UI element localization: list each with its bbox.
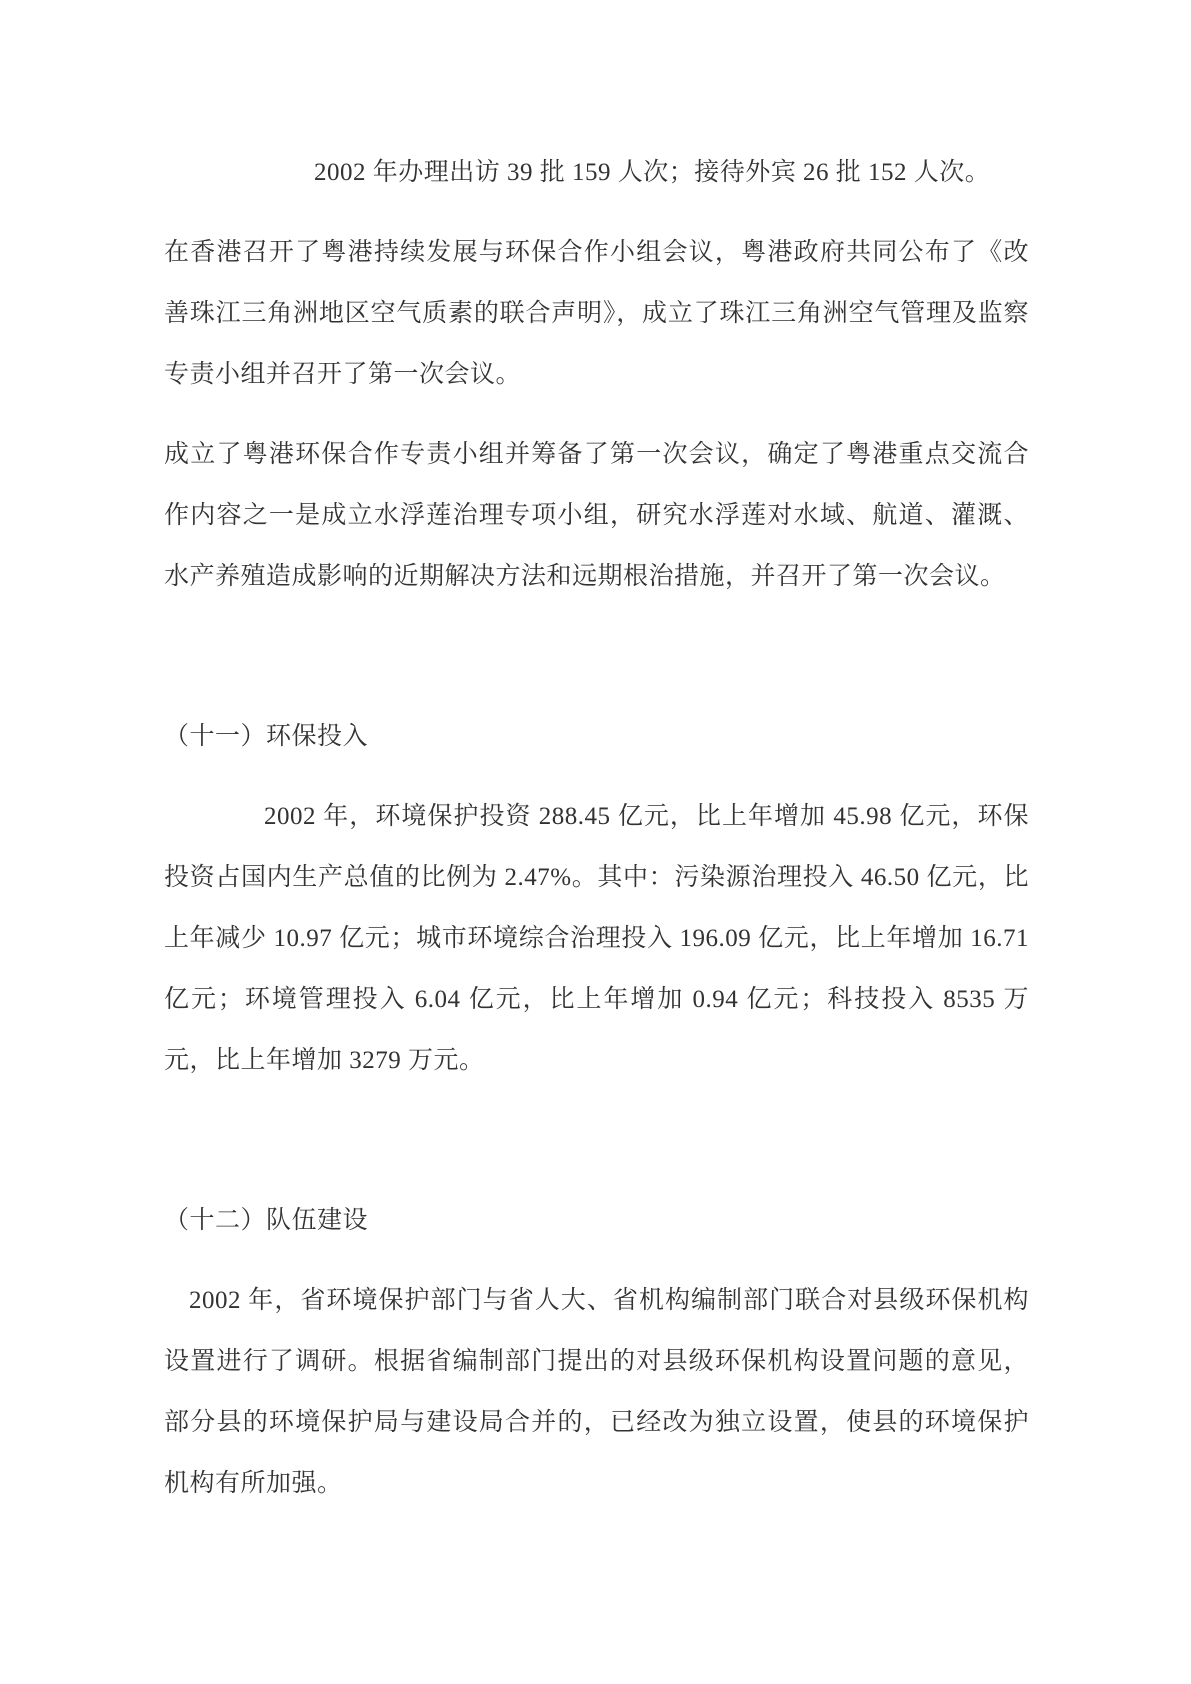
document-page: 2002 年办理出访 39 批 159 人次；接待外宾 26 批 152 人次。… [0,0,1191,1684]
paragraph-hongkong-cooperation: 在香港召开了粤港持续发展与环保合作小组会议，粤港政府共同公布了《改善珠江三角洲地… [164,222,1029,405]
section-heading-12-team-building: （十二）队伍建设 [164,1190,1029,1251]
paragraph-investment-figures: 2002 年，环境保护投资 288.45 亿元，比上年增加 45.98 亿元，环… [164,786,1029,1091]
paragraph-county-agency-research: 2002 年，省环境保护部门与省人大、省机构编制部门联合对县级环保机构设置进行了… [164,1270,1029,1514]
paragraph-water-hyacinth-group: 成立了粤港环保合作专责小组并筹备了第一次会议，确定了粤港重点交流合作内容之一是成… [164,424,1029,607]
paragraph-visit-statistics: 2002 年办理出访 39 批 159 人次；接待外宾 26 批 152 人次。 [164,142,1029,203]
section-heading-11-environmental-investment: （十一）环保投入 [164,706,1029,767]
